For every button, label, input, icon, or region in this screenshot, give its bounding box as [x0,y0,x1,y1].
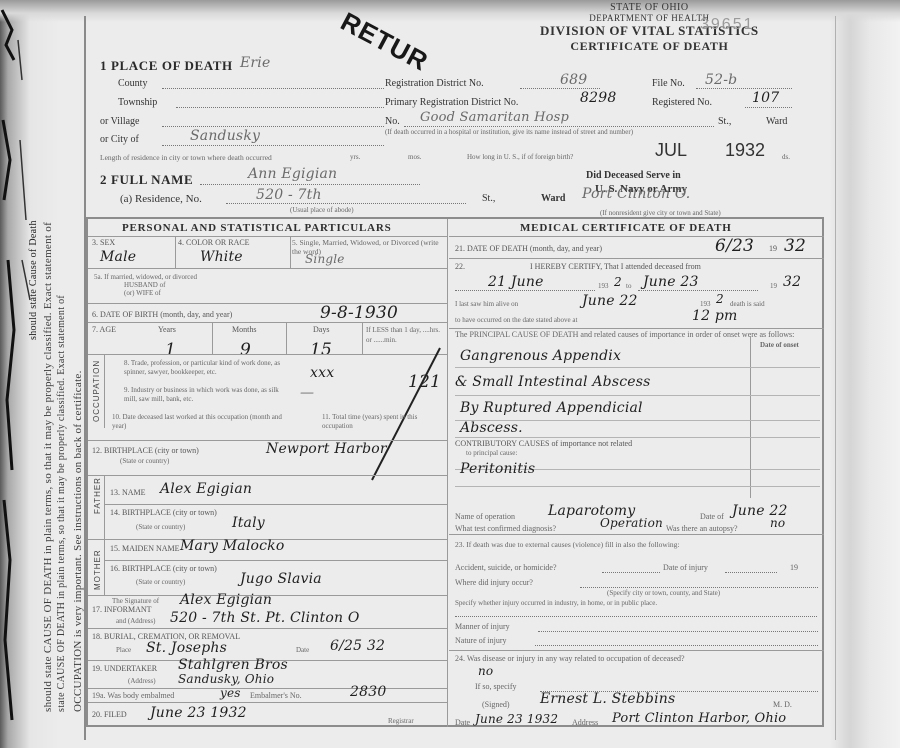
informant-address-value: 520 - 7th St. Pt. Clinton O [170,610,360,626]
cause-line-4: Abscess. [460,420,523,436]
age-label: 7. AGE [92,325,116,334]
street-value: Good Samaritan Hosp [420,110,569,125]
undertaker-address-value: Sandusky, Ohio [178,672,274,686]
city-label: or City of [100,134,139,145]
filed-value: June 23 1932 [150,705,247,721]
registration-district-label: Registration District No. [385,78,484,89]
nature-injury-label: Nature of injury [455,636,507,645]
sex-value: Male [100,249,136,265]
industry-label: 9. Industry or business in which work wa… [124,386,284,404]
cause-line-1: Gangrenous Appendix [460,348,621,364]
county-label: County [118,78,147,89]
burial-place-label: Place [116,646,131,654]
residence-st-label: St., [482,193,495,204]
marital-value: Single [305,252,345,266]
margin-instruction-3: OCCUPATION is very important. See instru… [72,370,84,712]
contributory-value: Peritonitis [460,461,535,477]
certificate-title: CERTIFICATE OF DEATH [540,39,759,54]
occurred-label: to have occurred on the date stated abov… [455,316,577,324]
undertaker-label: 19. UNDERTAKER [92,664,157,673]
where-injury-note: (Specify city or town, county, and State… [607,589,720,597]
nonresident-note: (If nonresident give city or town and St… [600,209,721,217]
if-so-specify-label: If so, specify [475,682,517,691]
total-time-label: 11. Total time (years) spent in this occ… [322,413,432,431]
date-of-death-label: 21. DATE OF DEATH (month, day, and year) [455,244,602,253]
trade-value: xxx [310,365,334,381]
contributory-sublabel: to principal cause: [466,449,517,457]
mos-label: mos. [408,153,421,161]
burial-place-value: St. Josephs [146,640,227,656]
yrs-label: yrs. [350,153,360,161]
state-name: STATE OF OHIO [540,2,759,13]
attended-from-value: 21 June [488,274,544,290]
attended-to-value: June 23 [643,274,699,290]
birthplace-value: Newport Harbor [266,441,387,457]
file-no-value: 52-b [705,72,737,88]
year-prefix-1: 193 [598,282,609,290]
manner-injury-label: Manner of injury [455,622,510,631]
md-label: M. D. [773,700,792,709]
father-name-value: Alex Egigian [160,481,252,497]
registrar-label: Registrar [388,717,414,725]
dob-value: 9-8-1930 [320,303,398,323]
attended-to-year: 32 [783,274,801,290]
physician-address-label: Address [572,718,598,727]
undertaker-value: Stahlgren Bros [178,657,288,673]
burial-date-label: Date [296,646,309,654]
informant-label: 17. INFORMANT [92,605,152,614]
signed-label: (Signed) [482,700,510,709]
residence-label: (a) Residence, No. [120,193,202,205]
where-injury-label: Where did injury occur? [455,578,533,587]
informant-value: Alex Egigian [180,592,272,608]
operation-date-label: Date of [700,512,724,521]
age-years-value: 1 [165,340,176,360]
margin-instruction-2: state CAUSE OF DEATH in plain terms, so … [56,295,67,712]
margin-handwritten-note: should state Cause of Death [28,220,39,340]
residence-ward-label: Ward [541,193,565,204]
spouse-label-3: (or) WIFE of [124,289,161,297]
test-label: What test confirmed diagnosis? [455,524,556,533]
usual-abode-note: (Usual place of abode) [290,206,354,214]
birthplace-label: 12. BIRTHPLACE (city or town) [92,446,199,455]
test-value: Operation [600,516,663,530]
father-birthplace-label: 14. BIRTHPLACE (city or town) [110,508,217,517]
street-no-label: No. [385,116,400,127]
certify-label: I HEREBY CERTIFY, That I attended deceas… [530,262,701,271]
margin-scribble-marks [0,0,40,748]
father-name-label: 13. NAME [110,488,146,497]
full-name-value: Ann Egigian [248,166,337,182]
left-margin-strip: should state Cause of Death should state… [0,0,82,748]
spouse-label-2: HUSBAND of [124,281,165,289]
specify-injury-note: Specify whether injury occurred in indus… [455,599,657,607]
last-saw-value: June 22 [582,293,638,309]
contributory-label: CONTRIBUTORY CAUSES of importance not re… [455,439,632,448]
last-worked-label: 10. Date deceased last worked at this oc… [112,413,282,431]
father-birthplace-sublabel: (State or country) [136,523,185,531]
mother-side-label: MOTHER [93,549,102,590]
autopsy-value: no [770,516,785,530]
occupation-related-value: no [478,664,493,678]
residence-value: 520 - 7th [256,187,322,203]
cause-line-3: By Ruptured Appendicial [460,400,643,416]
informant-address-label: and (Address) [116,617,155,625]
last-saw-year-value: 2 [716,292,724,306]
race-label: 4. COLOR OR RACE [178,238,250,247]
race-value: White [200,249,243,265]
physician-signature: Ernest L. Stebbins [540,691,675,707]
mother-birthplace-value: Jugo Slavia [240,571,322,587]
certify-number: 22. [455,262,465,271]
registered-no-label: Registered No. [652,97,712,108]
place-of-death-label: 1 PLACE OF DEATH [100,58,233,74]
age-months-value: 9 [240,340,251,360]
burial-date-value: 6/25 32 [330,638,385,654]
us-length-label: How long in U. S., if of foreign birth? [467,153,573,161]
personal-section-header: PERSONAL AND STATISTICAL PARTICULARS [122,222,392,234]
father-side-label: FATHER [93,477,102,514]
dob-label: 6. DATE OF BIRTH (month, day, and year) [92,310,232,319]
age-years-label: Years [158,325,176,334]
received-stamp-month: JUL [655,140,687,161]
mother-birthplace-sublabel: (State or country) [136,578,185,586]
embalmed-value: yes [220,686,241,700]
age-days-label: Days [313,325,329,334]
date-of-death-year-prefix: 19 [769,244,777,253]
external-causes-label: 23. If death was due to external causes … [455,540,817,550]
medical-section-header: MEDICAL CERTIFICATE OF DEATH [520,222,732,234]
occurred-value: 12 pm [692,308,738,324]
physician-address-value: Port Clinton Harbor, Ohio [612,711,786,726]
embalmer-label: Embalmer's No. [250,691,302,700]
margin-instruction-1: should state CAUSE OF DEATH in plain ter… [42,222,54,712]
sex-label: 3. SEX [92,238,115,247]
age-months-label: Months [232,325,256,334]
trade-label: 8. Trade, profession, or particular kind… [124,359,284,377]
city-value: Sandusky [190,128,260,144]
age-days-value: 15 [310,340,332,360]
street-ward-label: Ward [766,116,787,127]
injury-year-prefix: 19 [790,563,798,572]
primary-district-label: Primary Registration District No. [385,97,518,108]
last-saw-label: I last saw him alive on [455,300,518,308]
mother-maiden-label: 15. MAIDEN NAME [110,544,180,553]
registered-no-value: 107 [752,90,779,106]
principal-cause-label: The PRINCIPAL CAUSE OF DEATH and related… [455,330,794,339]
ds-label: ds. [782,153,790,161]
to-label: to [626,282,631,290]
undertaker-address-label: (Address) [128,677,156,685]
embalmer-value: 2830 [350,684,386,700]
occupation-related-label: 24. Was disease or injury in any way rel… [455,654,685,663]
mother-maiden-value: Mary Malocko [180,538,284,554]
industry-value: — [300,385,314,401]
mother-birthplace-label: 16. BIRTHPLACE (city or town) [110,564,217,573]
accident-label: Accident, suicide, or homicide? [455,563,557,572]
cert-date-label: Date [455,718,470,727]
year-prefix-2: 19 [770,282,777,290]
county-value: Erie [240,55,270,71]
registration-district-value: 689 [560,72,587,88]
residence-length-label: Length of residence in city or town wher… [100,153,272,162]
autopsy-label: Was there an autopsy? [666,524,738,533]
received-stamp-year: 1932 [725,140,765,161]
filed-label: 20. FILED [92,710,127,719]
father-birthplace-value: Italy [232,515,265,531]
date-of-death-value: 6/23 [715,236,754,256]
informant-signature-label: The Signature of [112,597,159,605]
operation-label: Name of operation [455,512,515,521]
occupation-side-label: OCCUPATION [92,360,101,422]
primary-district-value: 8298 [580,90,616,106]
birthplace-sublabel: (State or country) [120,457,169,465]
village-label: or Village [100,116,139,127]
township-label: Township [118,97,157,108]
file-no-label: File No. [652,78,685,89]
residence-ward-value: Port Clinton O. [582,186,690,202]
injury-date-label: Date of injury [663,563,708,572]
death-said-label: death is said [730,300,765,308]
hospital-note: (If death occurred in a hospital or inst… [385,128,633,136]
cert-date-value: June 23 1932 [475,712,558,726]
date-of-onset-label: Date of onset [760,341,799,349]
serial-number: 39651 [700,16,755,34]
attended-from-year: 2 [614,275,622,289]
spouse-label-1: 5a. If married, widowed, or divorced [94,273,197,281]
street-st-label: St., [718,116,731,127]
embalmed-label: 19a. Was body embalmed [92,691,174,700]
navy-army-label-1: Did Deceased Serve in [586,170,681,181]
cause-line-2: & Small Intestinal Abscess [455,374,651,390]
last-saw-year-prefix: 193 [700,300,711,308]
full-name-label: 2 FULL NAME [100,172,193,188]
date-of-death-year: 32 [784,236,806,256]
